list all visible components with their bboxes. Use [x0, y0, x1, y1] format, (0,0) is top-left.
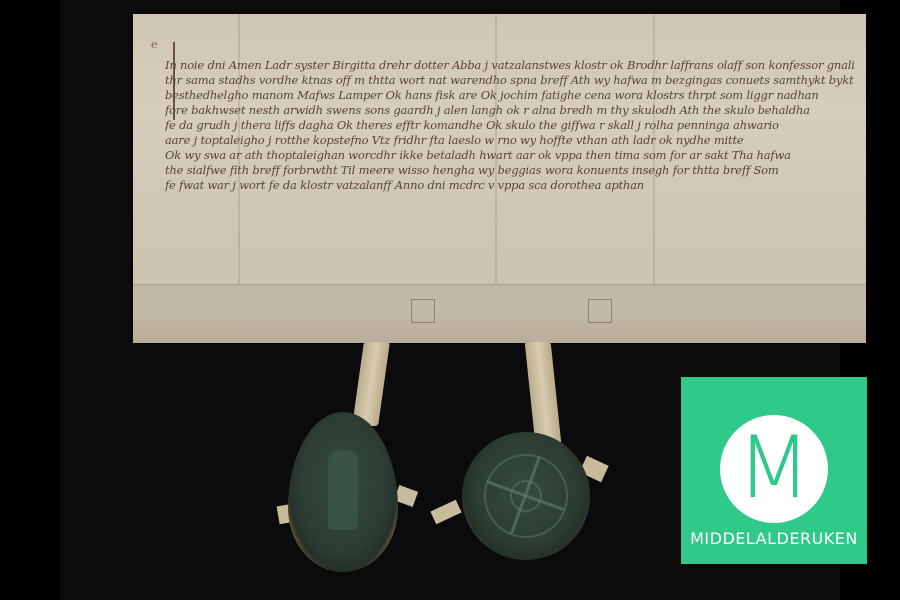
logo-circle: M [720, 415, 828, 523]
plica-fold [133, 284, 866, 343]
seal-round [462, 432, 590, 560]
text-line: besthedhelgho manom Mafws Lamper Ok hans… [165, 88, 855, 103]
strap-end [430, 500, 461, 525]
text-line: Ok wy swa ar ath thoptaleighan worcdhr i… [165, 148, 855, 163]
logo-letter: M [737, 425, 811, 511]
manuscript-text: In noie dni Amen Ladr syster Birgitta dr… [165, 58, 855, 193]
middelalderuken-logo: M MIDDELALDERUKEN [681, 377, 867, 564]
text-line: In noie dni Amen Ladr syster Birgitta dr… [165, 58, 855, 73]
seal-slot [588, 299, 612, 323]
text-line: fore bakhwset nesth arwidh swens sons ga… [165, 103, 855, 118]
text-line: fe da grudh j thera liffs dagha Ok there… [165, 118, 855, 133]
text-line: aare j toptaleigho j rotthe kopstefno Vt… [165, 133, 855, 148]
text-line: the sialfwe fith breff forbrwtht Til mee… [165, 163, 855, 178]
text-line: fe fwat war j wort fe da klostr vatzalan… [165, 178, 855, 193]
seal-pointed-oval [288, 412, 398, 572]
logo-wordmark: MIDDELALDERUKEN [681, 529, 867, 548]
seal-strap [525, 342, 562, 444]
seal-slot [411, 299, 435, 323]
seal-strap [352, 342, 390, 426]
parchment-charter: ℮ In noie dni Amen Ladr syster Birgitta … [133, 14, 866, 342]
text-line: thr sama stadhs vordhe ktnas off m thtta… [165, 73, 855, 88]
saint-figure [328, 450, 358, 530]
